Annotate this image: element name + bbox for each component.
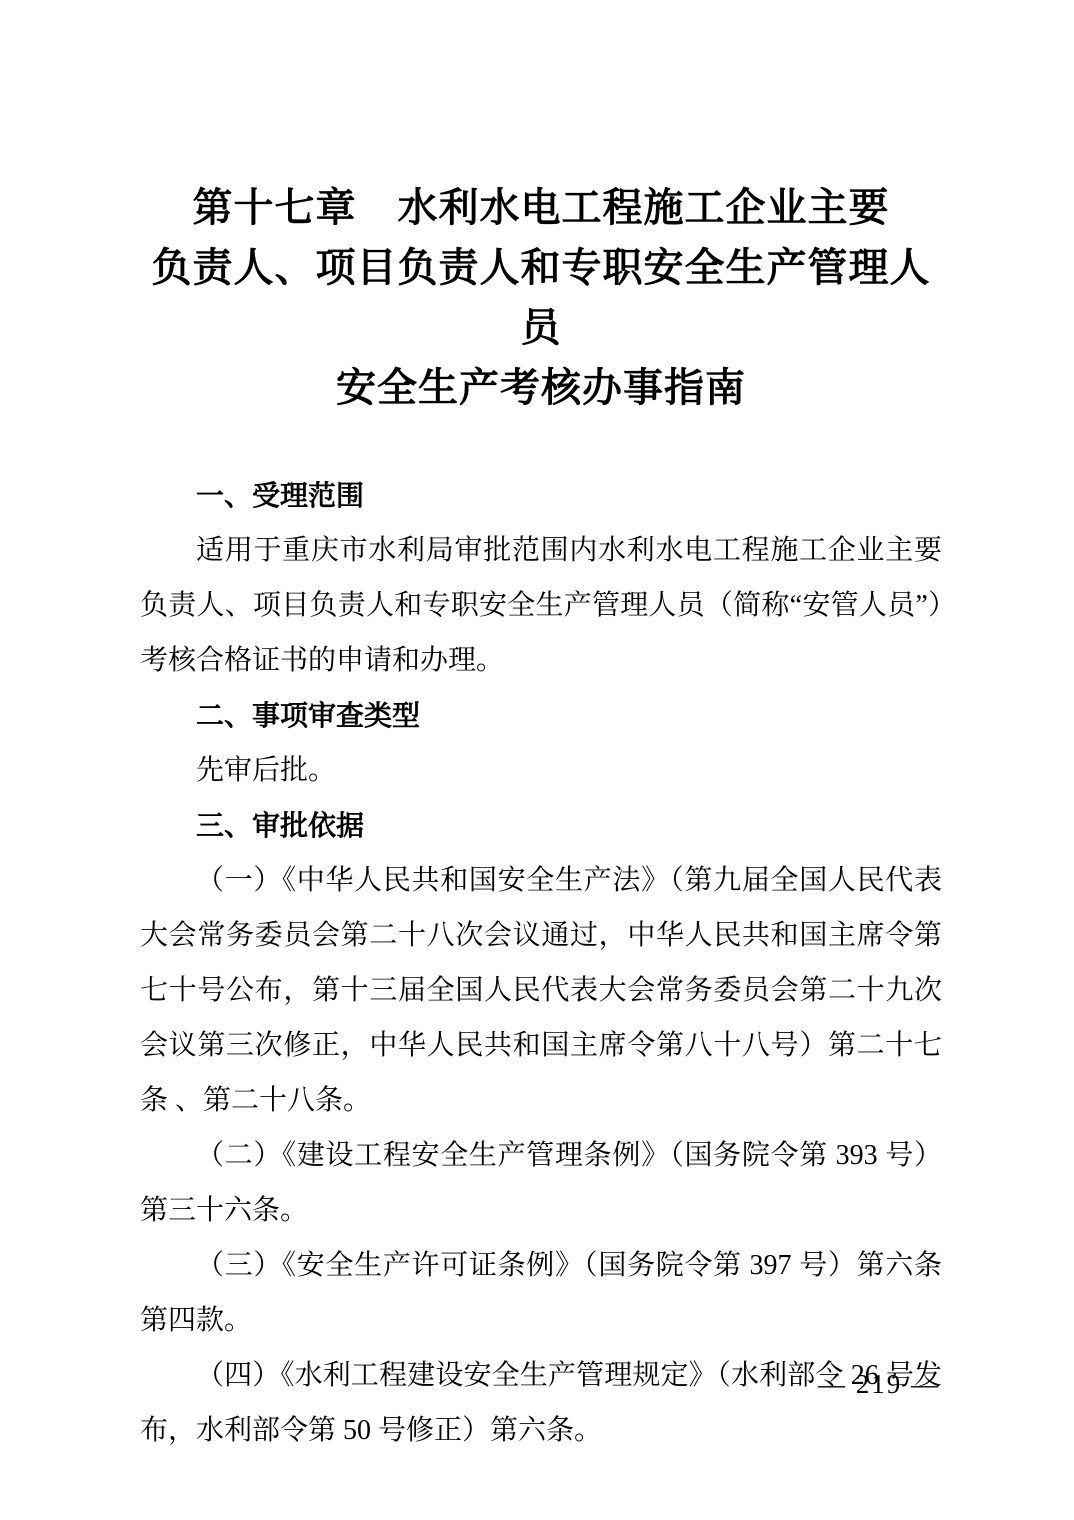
chapter-title-line-2: 负责人、项目负责人和专职安全生产管理人员 <box>152 245 931 350</box>
paragraph-basis-item-1: （一）《中华人民共和国安全生产法》（第九届全国人民代表大会常务委员会第二十八次会… <box>140 853 942 1128</box>
chapter-title: 第十七章 水利水电工程施工企业主要 负责人、项目负责人和专职安全生产管理人员 安… <box>140 178 942 418</box>
page-number: — 219 — <box>818 1368 940 1400</box>
document-page: 第十七章 水利水电工程施工企业主要 负责人、项目负责人和专职安全生产管理人员 安… <box>0 0 1074 1520</box>
paragraph-review-type: 先审后批。 <box>140 743 942 798</box>
document-body: 一、受理范围 适用于重庆市水利局审批范围内水利水电工程施工企业主要负责人、项目负… <box>140 468 942 1458</box>
chapter-title-line-1: 第十七章 水利水电工程施工企业主要 <box>193 185 890 230</box>
paragraph-acceptance-scope: 适用于重庆市水利局审批范围内水利水电工程施工企业主要负责人、项目负责人和专职安全… <box>140 523 942 688</box>
section-heading-acceptance-scope: 一、受理范围 <box>140 468 942 523</box>
chapter-title-line-3: 安全生产考核办事指南 <box>336 365 746 410</box>
section-heading-review-type: 二、事项审查类型 <box>140 688 942 743</box>
paragraph-basis-item-3: （三）《安全生产许可证条例》（国务院令第 397 号）第六条第四款。 <box>140 1238 942 1348</box>
paragraph-basis-item-2: （二）《建设工程安全生产管理条例》（国务院令第 393 号）第三十六条。 <box>140 1128 942 1238</box>
page-content: 第十七章 水利水电工程施工企业主要 负责人、项目负责人和专职安全生产管理人员 安… <box>140 0 942 1458</box>
section-heading-approval-basis: 三、审批依据 <box>140 798 942 853</box>
paragraph-basis-item-4: （四）《水利工程建设安全生产管理规定》（水利部令 26 号发布，水利部令第 50… <box>140 1348 942 1458</box>
